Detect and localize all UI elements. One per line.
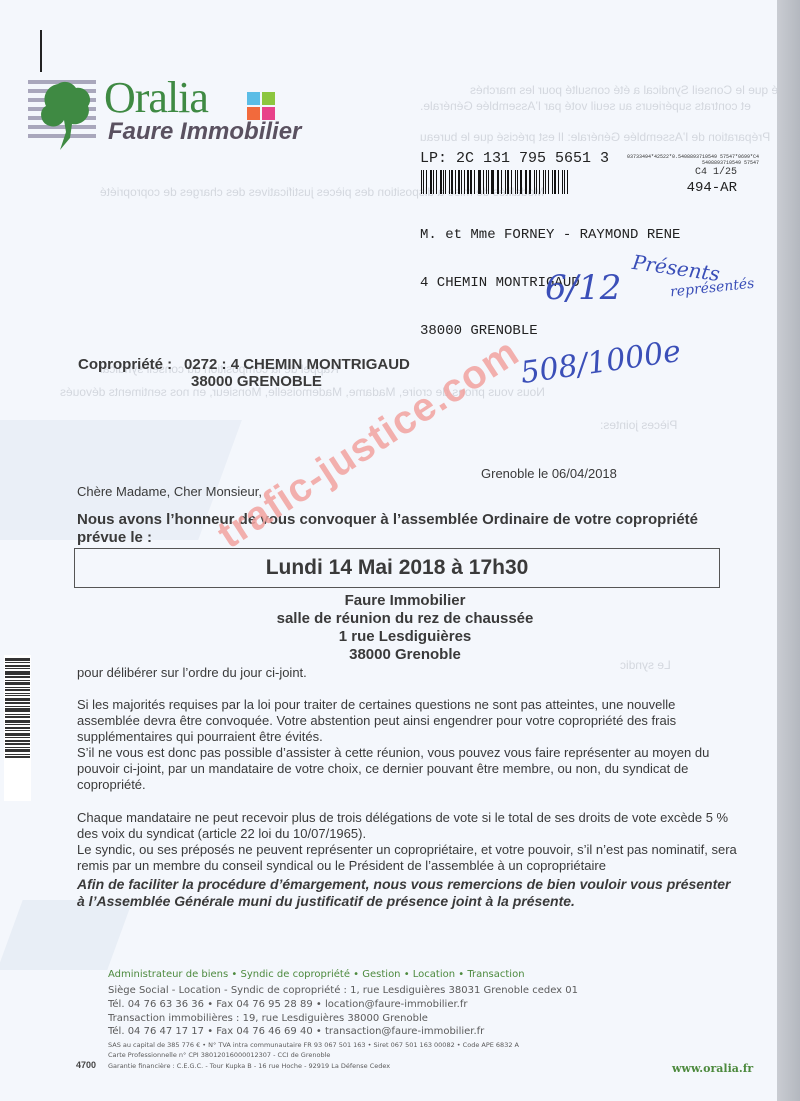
brand-squares-icon bbox=[247, 92, 275, 120]
bleed-through-text: et contrats supérieurs au seuil voté par… bbox=[420, 99, 751, 114]
copropriete-label: Copropriété : bbox=[78, 356, 184, 373]
bleed-through-text: Pièces jointes: bbox=[600, 418, 677, 433]
venue-name: Faure Immobilier bbox=[220, 592, 590, 610]
side-barcode bbox=[4, 655, 31, 801]
recipient-city: 38000 GRENOBLE bbox=[420, 323, 680, 339]
footer-legal-card: Carte Professionnelle n° CPI 38012016000… bbox=[108, 1051, 330, 1059]
convocation-intro: Nous avons l’honneur de vous convoquer à… bbox=[77, 511, 717, 547]
tree-logo-icon bbox=[36, 80, 96, 152]
closing-instruction: Afin de faciliter la procédure d’émargem… bbox=[77, 876, 737, 910]
footer-website: www.oralia.fr bbox=[672, 1062, 753, 1075]
footer-code: 4700 bbox=[76, 1060, 96, 1070]
greeting: Chère Madame, Cher Monsieur, bbox=[77, 484, 262, 499]
handwritten-count: 6/12 bbox=[545, 268, 621, 308]
copropriete-city: 38000 GRENOBLE bbox=[191, 373, 322, 390]
venue-room: salle de réunion du rez de chaussée bbox=[220, 610, 590, 628]
footer-siege: Siège Social - Location - Syndic de copr… bbox=[108, 985, 578, 996]
footer-legal-guarantee: Garantie financière : C.E.G.C. - Tour Ku… bbox=[108, 1062, 390, 1070]
paragraph-majorities: Si les majorités requises par la loi pou… bbox=[77, 697, 737, 745]
brand-name: Oralia bbox=[104, 72, 208, 123]
paragraph-delegations: Chaque mandataire ne peut recevoir plus … bbox=[77, 810, 737, 842]
bleed-through-text: Préparation de l’Assemblée Générale: Il … bbox=[420, 130, 770, 145]
letter-date: Grenoble le 06/04/2018 bbox=[481, 466, 617, 481]
bleed-through-text: Consultation du conseil syndical: Il est… bbox=[470, 83, 800, 98]
footer-activities: Administrateur de biens • Syndic de copr… bbox=[108, 969, 525, 980]
footer-transaction-contact: Tél. 04 76 47 17 17 • Fax 04 76 46 69 40… bbox=[108, 1026, 484, 1037]
route-code: 494-AR bbox=[687, 180, 737, 196]
meeting-date-box: Lundi 14 Mai 2018 à 17h30 bbox=[74, 548, 720, 588]
sheet-indicator: C4 1/25 bbox=[695, 167, 737, 178]
venue-street: 1 rue Lesdiguières bbox=[220, 628, 590, 646]
postal-code-line: 03733494*42522*0.5408893710549 57547*069… bbox=[594, 154, 759, 166]
fold-mark bbox=[40, 30, 42, 72]
paragraph-syndic: Le syndic, ou ses préposés ne peuvent re… bbox=[77, 842, 737, 874]
scan-edge bbox=[777, 0, 800, 1101]
lp-number: LP: 2C 131 795 5651 3 bbox=[420, 150, 609, 167]
background-swoosh bbox=[0, 900, 133, 970]
venue-city: 38000 Grenoble bbox=[220, 646, 590, 664]
footer-legal-capital: SAS au capital de 385 776 € • N° TVA int… bbox=[108, 1041, 519, 1049]
footer-transaction: Transaction immobilières : 19, rue Lesdi… bbox=[108, 1013, 428, 1024]
footer-siege-contact: Tél. 04 76 63 36 36 • Fax 04 76 95 28 89… bbox=[108, 999, 467, 1010]
sub-brand: Faure Immobilier bbox=[108, 118, 301, 146]
copropriete-address: 0272 : 4 CHEMIN MONTRIGAUD bbox=[184, 356, 410, 373]
recipient-name: M. et Mme FORNEY - RAYMOND RENE bbox=[420, 227, 680, 243]
letter-page: Consultation du conseil syndical: Il est… bbox=[0, 0, 777, 1101]
meeting-venue: Faure Immobilier salle de réunion du rez… bbox=[220, 592, 590, 664]
postal-code-line-2: 5408893710549 57547 bbox=[594, 160, 759, 166]
copropriete-line: Copropriété :0272 : 4 CHEMIN MONTRIGAUD bbox=[78, 356, 410, 373]
agenda-line: pour délibérer sur l’ordre du jour ci-jo… bbox=[77, 665, 737, 681]
paragraph-representation: S’il ne vous est donc pas possible d’ass… bbox=[77, 745, 737, 793]
postal-barcode bbox=[421, 170, 571, 194]
